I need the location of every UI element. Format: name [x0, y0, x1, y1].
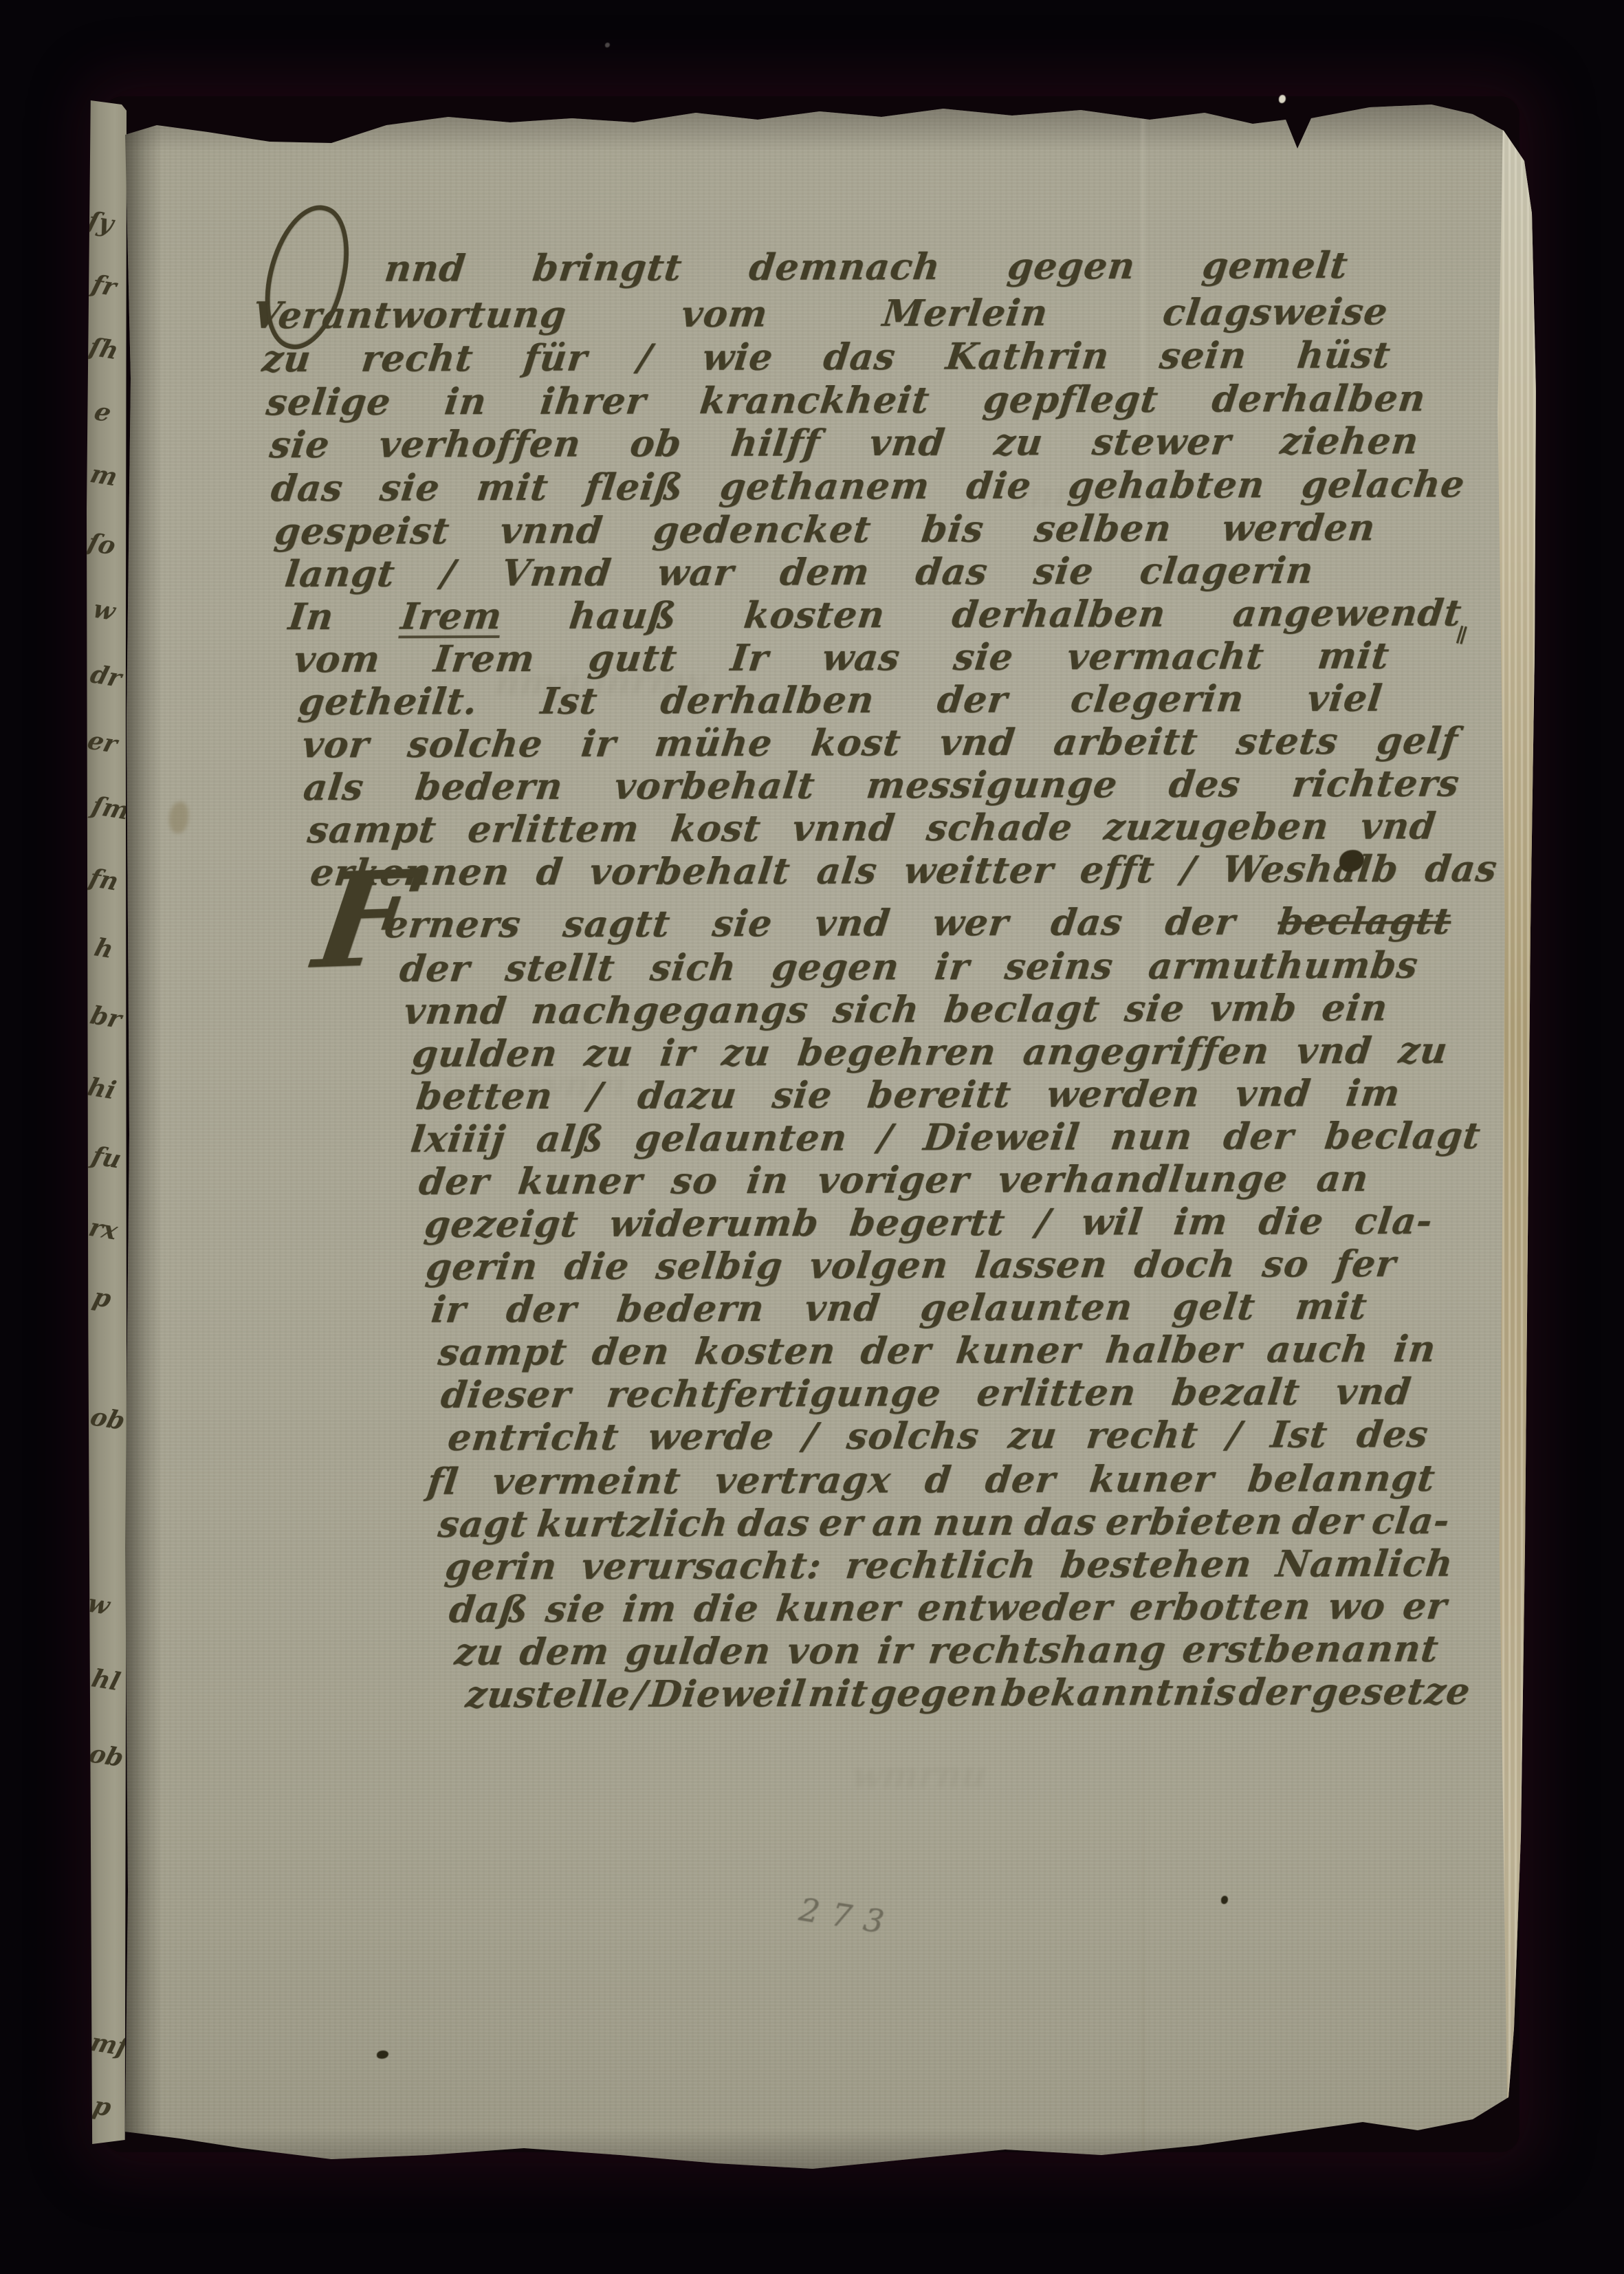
word: ob: [628, 426, 684, 462]
word: begertt: [848, 1205, 1007, 1242]
previous-leaf-text-fragment: fu: [89, 1144, 124, 1172]
word: zu: [992, 424, 1045, 461]
manuscript-line: derkunersoinvorigerverhandlungean: [417, 1161, 1371, 1201]
previous-leaf-text-fragment: fn: [87, 866, 121, 894]
word: rechtlich: [844, 1547, 1038, 1584]
word: ir: [876, 1632, 914, 1669]
word: die: [692, 1590, 760, 1627]
previous-leaf-text-fragment: ob: [87, 1742, 127, 1771]
word: so: [1260, 1246, 1311, 1282]
word: bekanntnis: [999, 1674, 1238, 1712]
word: Weshalb: [1220, 851, 1401, 888]
previous-leaf-text-fragment: br: [88, 1003, 124, 1032]
word: gegen: [869, 1675, 1000, 1712]
word: im: [1344, 1075, 1403, 1112]
word: mühe: [652, 725, 774, 763]
word: doch: [1132, 1246, 1238, 1283]
word: bringtt: [531, 250, 684, 287]
word: clagsweise: [1161, 294, 1390, 331]
word: dieser: [439, 1377, 573, 1414]
manuscript-line: guldenzuirzubegehrenangegriffenvndzu: [410, 1032, 1450, 1072]
word: Dieweil: [921, 1119, 1082, 1156]
word: auch: [1265, 1331, 1371, 1368]
word: das: [914, 554, 990, 590]
word: verursacht:: [580, 1548, 824, 1585]
word: der: [398, 950, 472, 987]
manuscript-line: gespeistvnndgedencketbisselbenwerden: [273, 510, 1378, 550]
word: Kathrin: [944, 338, 1111, 375]
word: nachgegangs: [529, 992, 811, 1029]
manuscript-line: vnndnachgegangssichbeclagtsievmbein: [402, 990, 1390, 1030]
word: derhalben: [1210, 380, 1427, 417]
binding-gutter-shadow: [125, 103, 162, 2169]
word: vnd: [1334, 1374, 1414, 1410]
word: gezeigt: [423, 1206, 581, 1243]
word: des: [1167, 766, 1242, 802]
word: das: [269, 470, 345, 507]
word: zu: [720, 1035, 773, 1071]
word: die: [1257, 1203, 1326, 1240]
manuscript-line: dieserrechtfertigungeerlittenbezaltvnd: [439, 1374, 1414, 1414]
word: fleiß: [583, 469, 685, 505]
word: gelaunten: [633, 1120, 850, 1157]
word: Namlich: [1274, 1545, 1455, 1582]
word: nnd: [383, 250, 468, 287]
word: /: [1179, 852, 1198, 888]
word: gelt: [1171, 1289, 1258, 1325]
manuscript-line: VerantwortungvomMerleinclagsweise: [250, 294, 1390, 334]
word: gulden: [410, 1036, 560, 1073]
word: rechtfertigunge: [604, 1375, 943, 1413]
word: der: [983, 1461, 1057, 1498]
previous-leaf-text-fragment: hi: [87, 1075, 118, 1103]
word: ir: [430, 1291, 468, 1328]
word: mit: [1293, 1289, 1369, 1325]
word: recht: [1084, 1417, 1200, 1454]
word: vmb: [1207, 990, 1299, 1027]
word: cla-: [1370, 1502, 1451, 1539]
word: das: [1423, 851, 1500, 887]
manuscript-line: gezeigtwiderumbbegertt/wilimdiecla-: [423, 1203, 1435, 1243]
word: lassen: [973, 1247, 1110, 1284]
word: ir: [933, 949, 972, 985]
word: d: [923, 1462, 953, 1498]
word: sich: [831, 992, 921, 1028]
word: bestehen: [1059, 1546, 1254, 1583]
word: sie: [544, 1591, 608, 1628]
word: seins: [1003, 948, 1115, 985]
word: gespeist: [273, 513, 452, 550]
word: vermacht: [1065, 638, 1266, 675]
word: verhandlunge: [996, 1161, 1290, 1198]
manuscript-scan: { "scan": { "description": "Bound manusc…: [0, 0, 1624, 2274]
manuscript-line: irderbedernvndgelauntengeltmit: [430, 1289, 1370, 1329]
word: sie: [378, 470, 442, 506]
word: langt: [283, 556, 397, 593]
bleedthrough-ghost-strokes: wmrnu: [851, 1754, 989, 1796]
word: wo: [1326, 1588, 1387, 1625]
word: gegen: [1006, 248, 1137, 285]
word: der: [1291, 1503, 1365, 1540]
word: zu: [1396, 1032, 1449, 1069]
word: angewendt: [1231, 595, 1464, 635]
word: an: [1315, 1161, 1370, 1197]
word: begehren: [795, 1034, 998, 1071]
manuscript-line: sieverhoffenobhilffvndzustewerziehen: [267, 423, 1420, 463]
previous-leaf-text-fragment: mf: [88, 2030, 127, 2059]
word: vom: [292, 642, 382, 678]
word: gegen: [770, 949, 901, 986]
previous-leaf-text-fragment: e: [91, 400, 113, 426]
word: ein: [1320, 990, 1390, 1027]
brown-stain: [169, 802, 188, 833]
manuscript-line: entrichtwerde/solchszurecht/Istdes: [446, 1417, 1431, 1456]
manuscript-line: vomIremguttIrwassievermachtmit∥: [292, 637, 1465, 678]
previous-leaf-text-fragment: ſh: [87, 335, 121, 363]
word: messigunge: [864, 767, 1119, 804]
word: sagt: [437, 1506, 530, 1542]
word: derhalben: [950, 596, 1167, 637]
word: selben: [1032, 510, 1173, 547]
word: im: [1172, 1203, 1230, 1240]
word: werden: [1220, 510, 1377, 547]
manuscript-line: InIremhaußkostenderhalbenangewendt: [286, 595, 1464, 639]
word: vnd: [868, 424, 947, 461]
word: selige: [264, 384, 393, 421]
word: vnnd: [402, 993, 509, 1030]
previous-leaf-text-fragment: dr: [88, 662, 124, 691]
word: als: [815, 853, 879, 889]
word: im: [621, 1590, 679, 1627]
previous-leaf-text-fragment: h: [91, 935, 116, 962]
previous-leaf-text-fragment: fr: [89, 272, 119, 300]
word: beclagt: [942, 991, 1101, 1028]
word: clegerin: [1068, 681, 1246, 718]
word: kurtzlich: [535, 1505, 730, 1542]
word: der: [935, 681, 1009, 718]
word: sie: [1032, 554, 1096, 590]
manuscript-line: nndbringttdemnachgegengemelt: [383, 248, 1350, 287]
word: so: [670, 1163, 721, 1199]
word: mit: [474, 470, 550, 506]
pencil-folio-number: 273: [797, 1890, 899, 1943]
word: vermeint: [490, 1463, 683, 1500]
word: bedern: [615, 1291, 766, 1328]
word: vorbehalt: [613, 767, 818, 805]
word: /: [1034, 1204, 1053, 1240]
word: beclagtt: [1275, 903, 1453, 940]
word: angegriffen: [1021, 1033, 1271, 1070]
word: kost: [809, 725, 903, 761]
word: ziehen: [1278, 423, 1420, 460]
word: kost: [669, 811, 763, 847]
word: stellt: [503, 950, 617, 987]
dust-speck: [605, 43, 610, 47]
word: d: [534, 854, 564, 890]
word: bis: [920, 511, 986, 547]
word: vnd: [802, 1290, 882, 1326]
manuscript-line: zustelle/Dieweilnitgegenbekanntnisderges…: [464, 1673, 1473, 1713]
word: /: [802, 1419, 820, 1455]
word: war: [655, 554, 736, 591]
word: /: [586, 1078, 604, 1115]
word: bereitt: [866, 1076, 1013, 1113]
manuscript-line: ernerssagttsievndwerdasderbeclagtt: [383, 903, 1453, 943]
word: Irem: [399, 598, 504, 639]
word: arbeitt: [1052, 723, 1200, 761]
word: fer: [1334, 1246, 1398, 1282]
word: ir: [658, 1035, 696, 1071]
word: sie: [770, 1077, 834, 1113]
word: gelf: [1374, 723, 1460, 759]
word: ir: [580, 725, 618, 762]
word: widerumb: [607, 1205, 821, 1243]
word: werde: [646, 1419, 776, 1456]
word: der: [505, 1291, 579, 1328]
word: erlittem: [466, 811, 641, 848]
word: gethanem: [718, 468, 932, 505]
manuscript-line: erkennendvorbehaltalsweitterefft/Weshalb…: [308, 851, 1499, 891]
word: vnd: [813, 905, 892, 941]
word: das: [736, 1505, 812, 1542]
manuscript-line: sampterlittemkostvnndschadezuzugebenvnd: [305, 808, 1438, 849]
word: bezalt: [1170, 1374, 1302, 1411]
word: in: [745, 1163, 791, 1199]
word: Dieweil: [648, 1676, 808, 1713]
manuscript-line: derstelltsichgegenirseinsarmuthumbs: [398, 947, 1420, 987]
word: hilff: [729, 425, 822, 461]
word: erlitten: [975, 1375, 1139, 1412]
word: verhoffen: [377, 426, 583, 463]
manuscript-line: betten/dazusiebereittwerdenvndim: [415, 1075, 1403, 1115]
word: vnd: [938, 724, 1018, 761]
word: beclagt: [1323, 1117, 1482, 1155]
word: werden: [1044, 1076, 1202, 1113]
word: mit: [1316, 637, 1392, 674]
word: zu: [582, 1036, 635, 1072]
word: die: [965, 468, 1033, 504]
word: an: [870, 1505, 926, 1541]
word: betten: [415, 1078, 555, 1115]
manuscript-line: zurechtfür/wiedasKathrinseinhüst: [260, 337, 1392, 378]
word: vnnd: [498, 512, 604, 549]
word: gehabten: [1066, 467, 1267, 504]
word: kuner: [516, 1163, 645, 1200]
word: kuner: [954, 1332, 1083, 1369]
word: er: [817, 1505, 865, 1541]
word: viel: [1305, 680, 1384, 717]
word: Ir: [729, 640, 771, 677]
word: sein: [1158, 338, 1249, 374]
word: des: [1354, 1417, 1430, 1453]
word: zustelle: [464, 1676, 633, 1714]
manuscript-line: gerinverursacht:rechtlichbestehenNamlich: [443, 1545, 1456, 1585]
word: die: [562, 1248, 631, 1284]
word: Merlein: [881, 295, 1050, 332]
word: armuthumbs: [1147, 947, 1420, 984]
word: der: [1163, 904, 1238, 940]
manuscript-line: vorsolcheirmühekostvndarbeittstetsgelf: [300, 723, 1460, 763]
word: erbotten: [1128, 1588, 1313, 1626]
word: kuner: [774, 1590, 903, 1627]
word: derhalben: [659, 682, 876, 719]
word: alß: [534, 1121, 606, 1157]
word: vorbehalt: [588, 853, 793, 890]
word: daß: [448, 1591, 531, 1628]
word: zuzugeben: [1102, 809, 1331, 846]
word: von: [785, 1632, 864, 1669]
word: sie: [710, 906, 774, 942]
word: sie: [267, 427, 331, 463]
word: clagerin: [1138, 552, 1316, 589]
word: entricht: [446, 1419, 622, 1456]
word: Vnnd: [499, 555, 613, 592]
word: /: [636, 340, 655, 376]
manuscript-line: dassiemitfleißgethanemdiegehabtengelache: [269, 466, 1467, 507]
previous-leaf-text-fragment: er: [87, 728, 120, 757]
previous-leaf-edge-strip: ſyfrſhemſowdrerſmfnhbrhifurxpobwhlobmfp: [87, 100, 127, 2144]
manuscript-line: langt/Vnndwardemdassieclagerin: [283, 552, 1316, 592]
word: der: [1237, 1674, 1311, 1710]
previous-leaf-text-fragment: ob: [88, 1405, 127, 1434]
fore-edge-leaf-stack: [1496, 103, 1536, 2169]
word: /: [876, 1119, 895, 1156]
word: sich: [648, 950, 738, 986]
word: entweder: [916, 1589, 1115, 1626]
word: stets: [1234, 723, 1340, 761]
word: dem: [518, 1634, 611, 1670]
manuscript-line: alsbedernvorbehaltmessigungedesrichters: [301, 765, 1461, 806]
word: nun: [932, 1505, 1018, 1541]
word: gerin: [443, 1549, 560, 1586]
word: zu: [1007, 1417, 1060, 1454]
manuscript-line: samptdenkostenderkunerhalberauchin: [437, 1331, 1438, 1370]
word: sagtt: [561, 906, 672, 943]
word: wie: [701, 339, 776, 375]
word: den: [590, 1333, 672, 1370]
manuscript-line: getheilt.Istderhalbenderclegerinviel: [297, 680, 1385, 720]
previous-leaf-text-fragment: p: [90, 2094, 113, 2121]
word: vnd: [1233, 1075, 1313, 1112]
word: dazu: [636, 1078, 739, 1115]
word: hauß: [567, 598, 679, 638]
manuscript-line: gerindieselbigvolgenlassendochsofer: [424, 1246, 1398, 1286]
word: weitter: [902, 852, 1056, 889]
word: vor: [300, 727, 371, 763]
word: schade: [925, 809, 1075, 846]
word: solchs: [845, 1418, 981, 1455]
word: in: [1392, 1331, 1438, 1367]
previous-leaf-text-fragment: hl: [89, 1666, 123, 1694]
manuscript-line: sagtkurtzlichdaserannundaserbietendercla…: [437, 1502, 1452, 1542]
word: kuner: [1088, 1461, 1216, 1498]
word: der: [417, 1163, 492, 1200]
word: der: [1222, 1118, 1296, 1155]
word: vnnd: [790, 810, 897, 847]
word: zu: [260, 341, 313, 378]
ink-dot: [1221, 1896, 1228, 1904]
word: er: [1401, 1588, 1449, 1624]
manuscript-line: flvermeintvertragxdderkunerbelanngt: [426, 1460, 1438, 1500]
previous-leaf-text-fragment: w: [91, 597, 118, 624]
word: /: [1225, 1417, 1244, 1453]
previous-leaf-text-fragment: ſo: [87, 530, 118, 558]
manuscript-line: daßsieimdiekunerentwedererbottenwoer: [448, 1588, 1449, 1628]
word: gesetze: [1310, 1673, 1472, 1710]
previous-leaf-text-fragment: p: [90, 1285, 113, 1312]
word: vom: [679, 296, 770, 332]
word: Verantwortung: [250, 296, 568, 334]
word: gedencket: [651, 512, 873, 549]
word: was: [820, 639, 902, 676]
word: vnd: [1294, 1033, 1374, 1069]
ink-dot: [377, 2051, 388, 2059]
manuscript-page: nmuunrmvrmnwnvunmrvnmmnvnmwmrnu nndbring…: [125, 103, 1536, 2169]
word: demnach: [747, 249, 943, 286]
word: vertragx: [713, 1462, 893, 1499]
word: zu: [453, 1634, 506, 1670]
word: gerin: [424, 1249, 540, 1286]
manuscript-line: lxiiijalßgelaunten/Dieweilnunderbeclagt: [409, 1117, 1483, 1157]
word: hüst: [1295, 337, 1393, 373]
word: wil: [1079, 1204, 1145, 1240]
word: erbieten: [1104, 1503, 1285, 1540]
word: Ist: [1269, 1417, 1329, 1453]
previous-leaf-text-fragment: rx: [87, 1215, 120, 1243]
word: das: [822, 339, 898, 375]
word: bedern: [413, 769, 564, 806]
word: selbig: [654, 1248, 784, 1285]
word: gulden: [624, 1633, 773, 1670]
word: belanngt: [1246, 1460, 1437, 1497]
word: vnd: [1359, 808, 1438, 844]
word: fl: [426, 1463, 461, 1500]
word: rechtshang: [926, 1632, 1168, 1669]
word: lxiiij: [409, 1121, 508, 1157]
word: der: [859, 1333, 933, 1369]
word: getheilt.: [297, 684, 480, 721]
word: das: [1022, 1504, 1099, 1540]
manuscript-line: zudemguldenvonirrechtshangerstbenannt: [453, 1631, 1441, 1671]
word: Ist: [539, 683, 600, 719]
word: kranckheit: [698, 382, 932, 419]
word: /: [439, 556, 458, 592]
word: gelache: [1299, 466, 1467, 503]
word: gemelt: [1200, 248, 1350, 285]
word: in: [443, 384, 489, 420]
word: halber: [1104, 1331, 1244, 1368]
previous-leaf-text-fragment: m: [88, 462, 120, 490]
word: In: [286, 599, 336, 639]
word: wer: [930, 905, 1011, 941]
word: sie: [1123, 991, 1187, 1027]
word: Irem: [432, 641, 537, 678]
word: nit: [806, 1676, 870, 1712]
word: als: [301, 769, 366, 806]
previous-leaf-text-fragment: ſy: [87, 209, 116, 237]
word: /: [631, 1676, 650, 1713]
word: cla-: [1352, 1203, 1434, 1239]
manuscript-line: seligeinihrerkranckheitgepflegtderhalben: [264, 380, 1427, 421]
word: kosten: [741, 597, 887, 637]
previous-leaf-text-fragment: w: [87, 1591, 112, 1619]
word: dem: [778, 554, 872, 591]
word: ihrer: [538, 383, 648, 420]
word: gelaunten: [919, 1289, 1135, 1326]
word: voriger: [815, 1162, 971, 1199]
word: das: [1049, 904, 1126, 941]
word: solche: [406, 726, 545, 763]
